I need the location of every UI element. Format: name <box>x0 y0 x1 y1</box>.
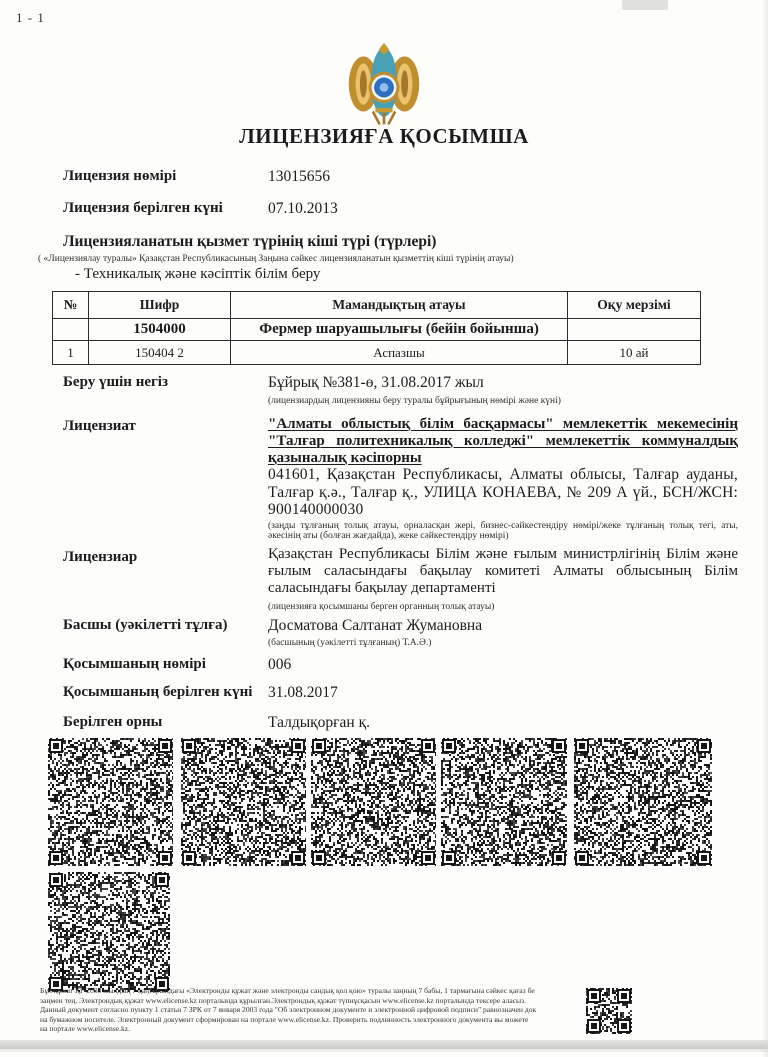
appendix-number-label: Қосымшаның нөмірі <box>63 656 268 674</box>
license-date-row: Лицензия берілген күні 07.10.2013 <box>63 200 723 218</box>
fine-print-line: на портале www.elicense.kz. <box>40 1024 588 1034</box>
col-header-code: Шифр <box>89 292 231 319</box>
cell-no <box>53 319 89 341</box>
cell-code: 150404 2 <box>89 341 231 365</box>
fine-print-line: заңмен тең. Электрондық құжат www.elicen… <box>40 996 588 1006</box>
legal-fine-print: Бұл құжат ҚР 2003 жылдың 7 қаңтарындағы … <box>40 986 588 1034</box>
col-header-name: Мамандықтың атауы <box>231 292 568 319</box>
place-row: Берілген орны Талдықорған қ. <box>63 714 723 732</box>
subtype-item: - Техникалық және кәсіптік білім беру <box>75 266 320 283</box>
fine-print-line: Бұл құжат ҚР 2003 жылдың 7 қаңтарындағы … <box>40 986 588 996</box>
specialties-table: № Шифр Мамандықтың атауы Оқу мерзімі 150… <box>52 291 701 365</box>
licensee-address: 041601, Қазақстан Республикасы, Алматы о… <box>268 466 738 519</box>
qr-code-small <box>586 988 632 1034</box>
kazakhstan-emblem-icon <box>341 40 427 128</box>
appendix-number-value: 006 <box>268 656 291 674</box>
cell-term: 10 ай <box>568 341 701 365</box>
qr-code <box>48 738 173 866</box>
qr-code <box>48 872 170 992</box>
head-value: Досматова Салтанат Жумановна <box>268 617 482 635</box>
basis-label: Беру үшін негіз <box>63 374 268 392</box>
place-label: Берілген орны <box>63 714 268 732</box>
cell-name: Аспазшы <box>231 341 568 365</box>
basis-value: Бұйрық №381-ө, 31.08.2017 жыл <box>268 374 484 392</box>
license-number-row: Лицензия нөмірі 13015656 <box>63 168 723 186</box>
licensee-note: (заңды тұлғаның толық атауы, орналасқан … <box>268 521 738 541</box>
qr-code <box>574 738 712 866</box>
table-row: 1504000 Фермер шаруашылығы (бейін бойынш… <box>53 319 701 341</box>
license-date-label: Лицензия берілген күні <box>63 200 268 218</box>
basis-note: (лицензиардың лицензияны беру туралы бұй… <box>268 396 561 406</box>
head-label: Басшы (уәкілетті тұлға) <box>63 617 268 635</box>
subtype-heading: Лицензияланатын қызмет түрінің кіші түрі… <box>63 233 436 251</box>
head-row: Басшы (уәкілетті тұлға) Досматова Салтан… <box>63 617 723 635</box>
scan-edge-band <box>0 1040 768 1049</box>
fine-print-line: Данный документ согласно пункту 1 статьи… <box>40 1005 588 1015</box>
cell-name: Фермер шаруашылығы (бейін бойынша) <box>231 319 568 341</box>
licensor-label: Лицензиар <box>63 549 268 566</box>
scan-edge-band <box>0 1049 768 1052</box>
place-value: Талдықорған қ. <box>268 714 370 732</box>
license-number-label: Лицензия нөмірі <box>63 168 268 186</box>
head-note: (басшының (уәкілетті тұлғаның) Т.А.Ә.) <box>268 638 431 648</box>
col-header-no: № <box>53 292 89 319</box>
appendix-date-label: Қосымшаның берілген күні <box>63 684 268 702</box>
col-header-term: Оқу мерзімі <box>568 292 701 319</box>
scan-edge-shade <box>762 0 768 1057</box>
cell-code: 1504000 <box>89 319 231 341</box>
license-number-value: 13015656 <box>268 168 330 186</box>
page-number-marker: 1 - 1 <box>16 10 45 26</box>
appendix-date-value: 31.08.2017 <box>268 684 338 702</box>
appendix-date-row: Қосымшаның берілген күні 31.08.2017 <box>63 684 723 702</box>
licensee-name: "Алматы облыстық білім басқармасы" мемле… <box>268 416 738 467</box>
licensee-label: Лицензиат <box>63 418 268 435</box>
table-header-row: № Шифр Мамандықтың атауы Оқу мерзімі <box>53 292 701 319</box>
appendix-number-row: Қосымшаның нөмірі 006 <box>63 656 723 674</box>
licensor-value: Қазақстан Республикасы Білім және ғылым … <box>268 546 738 597</box>
fine-print-line: на бумажном носителе. Электронный докуме… <box>40 1015 588 1025</box>
basis-row: Беру үшін негіз Бұйрық №381-ө, 31.08.201… <box>63 374 723 392</box>
qr-code <box>311 738 436 866</box>
licensor-note: (лицензияға қосымшаны берген органның то… <box>268 602 494 612</box>
qr-code <box>441 738 567 866</box>
qr-code <box>181 738 306 866</box>
cell-no: 1 <box>53 341 89 365</box>
license-date-value: 07.10.2013 <box>268 200 338 218</box>
table-row: 1 150404 2 Аспазшы 10 ай <box>53 341 701 365</box>
scan-artifact <box>622 0 668 10</box>
document-title: ЛИЦЕНЗИЯҒА ҚОСЫМША <box>0 124 768 149</box>
subtype-note: ( «Лицензиялау туралы» Қазақстан Республ… <box>38 254 514 264</box>
scanned-license-appendix-document: 1 - 1 ЛИЦЕНЗИЯҒА ҚОСЫМША Лицензия нөмірі… <box>0 0 768 1057</box>
cell-term <box>568 319 701 341</box>
